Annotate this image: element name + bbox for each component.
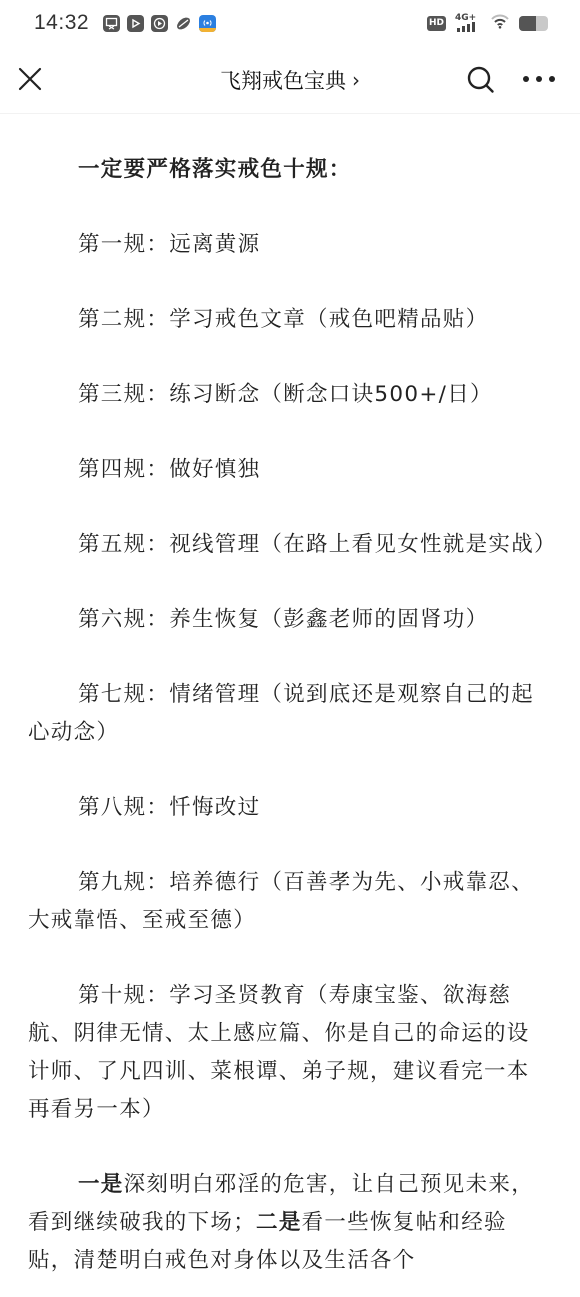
screenshot-app-icon [103,15,120,32]
rule-item: 第二规：学习戒色文章（戒色吧精品贴） [28,301,552,339]
more-button[interactable] [523,76,555,84]
battery-icon [519,16,548,31]
rule-item: 第五规：视线管理（在路上看见女性就是实战） [28,526,552,564]
play-app-icon [151,15,168,32]
cellular-signal-icon: 4G+ [455,13,481,33]
account-title-link[interactable]: 飞翔戒色宝典 › [220,65,360,95]
point-two-label: 二是 [256,1210,302,1235]
status-bar: 14:32 HD 4G+ [0,0,580,46]
close-icon [17,66,43,92]
point-one-label: 一是 [78,1172,124,1197]
status-time: 14:32 [34,11,89,35]
hd-voice-icon: HD [427,16,446,31]
rule-item: 第十规：学习圣贤教育（寿康宝鉴、欲海慈航、阴律无情、太上感应篇、你是自己的命运的… [28,977,552,1129]
browser-app-icon [175,15,192,32]
wifi-icon [490,13,510,33]
close-button[interactable] [17,66,43,92]
hotspot-app-icon [199,15,216,32]
chevron-right-icon: › [352,68,360,92]
more-icon [523,76,529,82]
search-button[interactable] [466,65,496,95]
rule-item: 第一规：远离黄源 [28,226,552,264]
nav-bar: 飞翔戒色宝典 › [0,46,580,114]
notification-icons [103,15,216,32]
rule-item: 第三规：练习断念（断念口诀500+/日） [28,376,552,414]
closing-paragraph: 一是深刻明白邪淫的危害，让自己预见未来，看到继续破我的下场；二是看一些恢复帖和经… [28,1166,552,1280]
rule-item: 第九规：培养德行（百善孝为先、小戒靠忍、大戒靠悟、至戒至德） [28,864,552,940]
rule-item: 第四规：做好慎独 [28,451,552,489]
video-app-icon [127,15,144,32]
search-icon [466,65,496,95]
rule-item: 第六规：养生恢复（彭鑫老师的固肾功） [28,601,552,639]
rule-item: 第八规：忏悔改过 [28,789,552,827]
article-heading: 一定要严格落实戒色十规： [28,151,552,189]
rule-item: 第七规：情绪管理（说到底还是观察自己的起心动念） [28,676,552,752]
article-body: 一定要严格落实戒色十规： 第一规：远离黄源 第二规：学习戒色文章（戒色吧精品贴）… [0,114,580,1280]
page-title: 飞翔戒色宝典 [220,65,346,95]
system-status-icons: HD 4G+ [427,0,548,46]
